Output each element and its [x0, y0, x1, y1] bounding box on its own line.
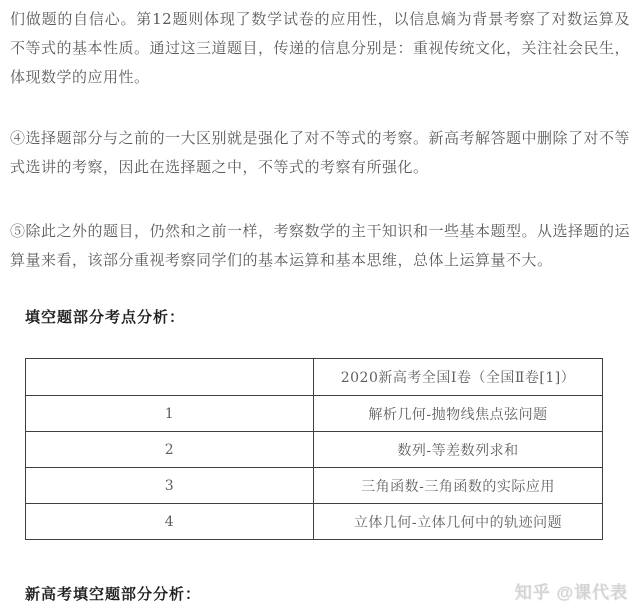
- table-header-empty-cell: [26, 359, 314, 396]
- table-row: 1 解析几何-抛物线焦点弦问题: [26, 396, 603, 432]
- question-number-cell: 3: [26, 468, 314, 504]
- question-topic-cell: 立体几何-立体几何中的轨迹问题: [314, 504, 603, 540]
- table-row: 3 三角函数-三角函数的实际应用: [26, 468, 603, 504]
- table-row: 4 立体几何-立体几何中的轨迹问题: [26, 504, 603, 540]
- question-topic-cell: 解析几何-抛物线焦点弦问题: [314, 396, 603, 432]
- paragraph-point-4: ④选择题部分与之前的一大区别就是强化了对不等式的考察。新高考解答题中删除了对不等…: [10, 124, 630, 182]
- table-header-paper-title: 2020新高考全国Ⅰ卷（全国Ⅱ卷[1]）: [314, 359, 603, 396]
- question-number-cell: 4: [26, 504, 314, 540]
- paragraph-exam-question-12: 们做题的自信心。第12题则体现了数学试卷的应用性，以信息熵为背景考察了对数运算及…: [10, 5, 630, 92]
- zhihu-watermark: 知乎 @课代表: [515, 578, 628, 603]
- paragraph-point-5: ⑤除此之外的题目，仍然和之前一样，考察数学的主干知识和一些基本题型。从选择题的运…: [10, 217, 630, 275]
- table-row: 2 数列-等差数列求和: [26, 432, 603, 468]
- article-page: 们做题的自信心。第12题则体现了数学试卷的应用性，以信息熵为背景考察了对数运算及…: [0, 0, 640, 611]
- section-heading-fill-in-blank-analysis: 填空题部分考点分析：: [25, 308, 630, 328]
- article-content: 们做题的自信心。第12题则体现了数学试卷的应用性，以信息熵为背景考察了对数运算及…: [0, 0, 640, 605]
- question-number-cell: 1: [26, 396, 314, 432]
- question-topic-cell: 三角函数-三角函数的实际应用: [314, 468, 603, 504]
- table-header-row: 2020新高考全国Ⅰ卷（全国Ⅱ卷[1]）: [26, 359, 603, 396]
- exam-points-table: 2020新高考全国Ⅰ卷（全国Ⅱ卷[1]） 1 解析几何-抛物线焦点弦问题 2 数…: [25, 358, 603, 540]
- question-number-cell: 2: [26, 432, 314, 468]
- question-topic-cell: 数列-等差数列求和: [314, 432, 603, 468]
